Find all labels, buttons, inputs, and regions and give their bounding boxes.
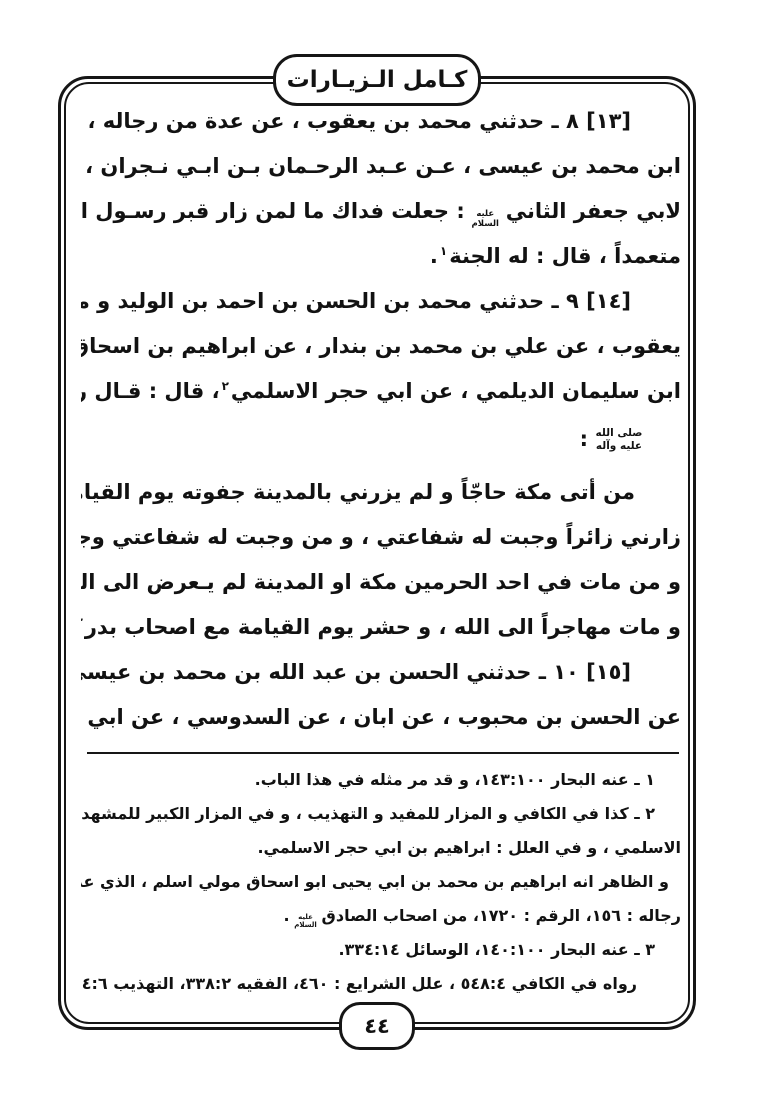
text-run: . bbox=[430, 244, 438, 268]
text-run: و الظاهر انه ابراهيم بن محمد بن ابي يحيى… bbox=[81, 872, 669, 891]
page-number-cartouche: ٤٤ bbox=[339, 1002, 415, 1050]
text-run: رجاله : ١٥٦، الرقم : ١٧٢٠، من اصحاب الصا… bbox=[322, 906, 681, 925]
text-run: [١٣] ٨ ـ حدثني محمد بن يعقوب ، عن عدة من… bbox=[81, 109, 631, 133]
body-line: [١٥] ١٠ ـ حدثني الحسن بن عبد الله بن محم… bbox=[81, 650, 681, 695]
footnote-separator bbox=[87, 752, 679, 754]
footnote-line: الاسلمي ، و في العلل : ابراهيم بن ابي حج… bbox=[81, 831, 681, 865]
footnote-ref-1: ١ bbox=[440, 244, 447, 258]
text-run: ٣ ـ عنه البحار ١٤٠:١٠٠، الوسائل ٣٣٤:١٤. bbox=[338, 940, 655, 959]
alayhis-salam-ligature: عليه السلام bbox=[293, 914, 319, 930]
text-run: من أتى مكة حاجّاً و لم يزرني بالمدينة جف… bbox=[81, 480, 635, 504]
salawat-ligature: صلى الله عليه وآله bbox=[595, 427, 643, 452]
text-run: : جعلت فداك ما لمن زار قبر رسـول اللـه bbox=[81, 199, 465, 223]
footnote-line: رجاله : ١٥٦، الرقم : ١٧٢٠، من اصحاب الصا… bbox=[81, 899, 681, 933]
body-line-salawat: صلى الله عليه وآله: bbox=[81, 414, 681, 470]
text-block: [١٣] ٨ ـ حدثني محمد بن يعقوب ، عن عدة من… bbox=[81, 99, 681, 1015]
page-number: ٤٤ bbox=[364, 1014, 390, 1038]
text-run: زارني زائراً وجبت له شفاعتي ، و من وجبت … bbox=[81, 525, 681, 549]
text-run: ابن سليمان الديلمي ، عن ابي حجر الاسلمي bbox=[231, 379, 681, 403]
body-line: متعمداً ، قال : له الجنة١. bbox=[81, 234, 681, 279]
text-run: و من مات في احد الحرمين مكة او المدينة ل… bbox=[81, 570, 681, 594]
text-run: ١ ـ عنه البحار ١٤٣:١٠٠، و قد مر مثله في … bbox=[255, 770, 655, 789]
footnote-line: رواه في الكافي ٥٤٨:٤ ، علل الشرايع : ٤٦٠… bbox=[81, 967, 681, 1001]
footnote-ref-2: ٢ bbox=[222, 379, 229, 393]
page-frame: كـامل الـزيـارات [١٣] ٨ ـ حدثني محمد بن … bbox=[58, 76, 696, 1030]
text-run: ٢ ـ كذا في الكافي و المزار للمفيد و الته… bbox=[81, 804, 655, 823]
text-run: ، قال : قـال رسـول اللـه bbox=[81, 379, 220, 403]
text-run: الاسلمي ، و في العلل : ابراهيم بن ابي حج… bbox=[257, 838, 681, 857]
body-line: ابن محمد بن عيسى ، عـن عـبد الرحـمان بـن… bbox=[81, 144, 681, 189]
body-line: [١٤] ٩ ـ حدثني محمد بن الحسن بن احمد بن … bbox=[81, 279, 681, 324]
text-run: رواه في الكافي ٥٤٨:٤ ، علل الشرايع : ٤٦٠… bbox=[81, 974, 637, 993]
text-run: : bbox=[580, 427, 588, 451]
footnote-ref-3: ٣ bbox=[81, 615, 83, 629]
body-line: و من مات في احد الحرمين مكة او المدينة ل… bbox=[81, 560, 681, 605]
text-run: . bbox=[283, 906, 289, 925]
body-line: عن الحسن بن محبوب ، عن ابان ، عن السدوسي… bbox=[81, 695, 681, 740]
text-run: [١٤] ٩ ـ حدثني محمد بن الحسن بن احمد بن … bbox=[81, 289, 631, 313]
title-cartouche: كـامل الـزيـارات bbox=[273, 54, 481, 106]
text-run: ابن محمد بن عيسى ، عـن عـبد الرحـمان بـن… bbox=[81, 154, 681, 178]
body-line: ابن سليمان الديلمي ، عن ابي حجر الاسلمي٢… bbox=[81, 369, 681, 414]
book-page-scan: { "title": "كـامل الـزيـارات", "page_num… bbox=[0, 0, 774, 1107]
footnote-line: ١ ـ عنه البحار ١٤٣:١٠٠، و قد مر مثله في … bbox=[81, 763, 681, 797]
text-run: و مات مهاجراً الى الله ، و حشر يوم القيا… bbox=[85, 615, 681, 639]
alayhis-salam-ligature: عليه السلام bbox=[469, 210, 502, 229]
book-title: كـامل الـزيـارات bbox=[287, 67, 468, 93]
body-line: لابي جعفر الثانيعليه السلام: جعلت فداك م… bbox=[81, 189, 681, 234]
text-run: متعمداً ، قال : له الجنة bbox=[449, 244, 681, 268]
text-run: لابي جعفر الثاني bbox=[506, 199, 681, 223]
body-line: و مات مهاجراً الى الله ، و حشر يوم القيا… bbox=[81, 605, 681, 650]
footnote-line: و الظاهر انه ابراهيم بن محمد بن ابي يحيى… bbox=[81, 865, 681, 899]
text-run: [١٥] ١٠ ـ حدثني الحسن بن عبد الله بن محم… bbox=[81, 660, 631, 684]
body-line: يعقوب ، عن علي بن محمد بن بندار ، عن ابر… bbox=[81, 324, 681, 369]
body-line: زارني زائراً وجبت له شفاعتي ، و من وجبت … bbox=[81, 515, 681, 560]
text-run: عن الحسن بن محبوب ، عن ابان ، عن السدوسي… bbox=[81, 705, 681, 729]
body-line: من أتى مكة حاجّاً و لم يزرني بالمدينة جف… bbox=[81, 470, 681, 515]
text-run: يعقوب ، عن علي بن محمد بن بندار ، عن ابر… bbox=[81, 334, 681, 358]
footnote-line: ٣ ـ عنه البحار ١٤٠:١٠٠، الوسائل ٣٣٤:١٤. bbox=[81, 933, 681, 967]
footnote-line: ٢ ـ كذا في الكافي و المزار للمفيد و الته… bbox=[81, 797, 681, 831]
